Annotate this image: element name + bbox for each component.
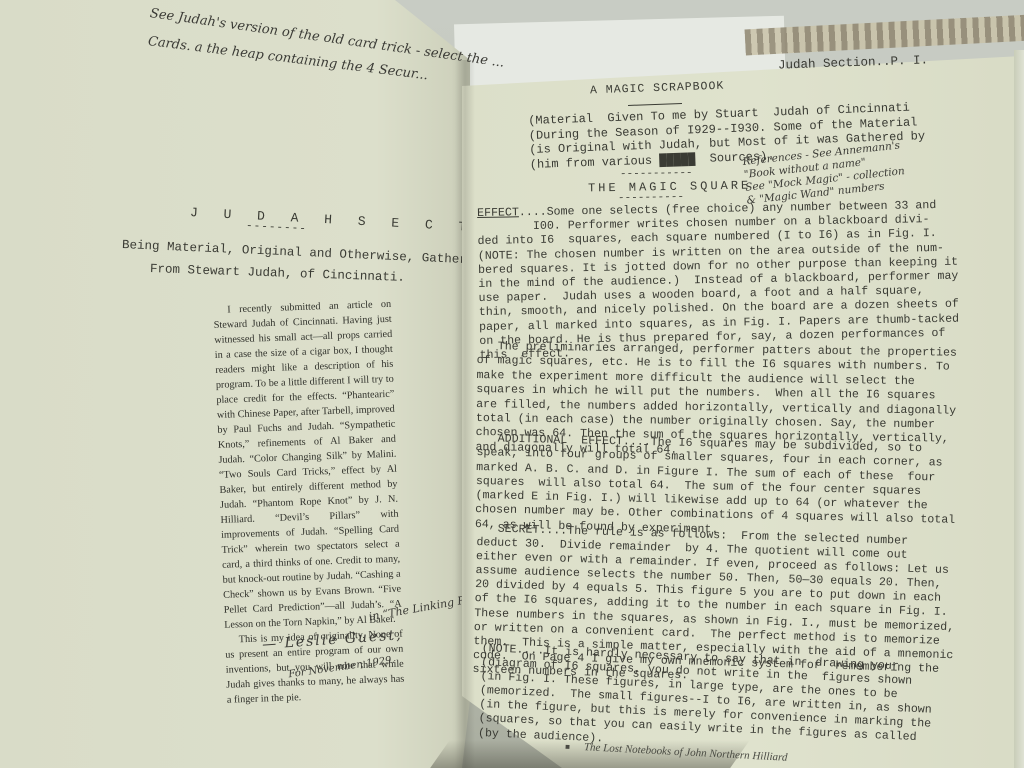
page-stack-edge	[1014, 50, 1024, 768]
effect-label: EFFECT	[477, 206, 519, 220]
divider-dashes: -----------	[620, 167, 693, 180]
article-paragraph: I recently submitted an article on Stewa…	[213, 297, 402, 633]
effect-paragraph: EFFECT....Some one selects (free choice)…	[477, 199, 960, 364]
page-curl-shadow	[430, 740, 750, 768]
